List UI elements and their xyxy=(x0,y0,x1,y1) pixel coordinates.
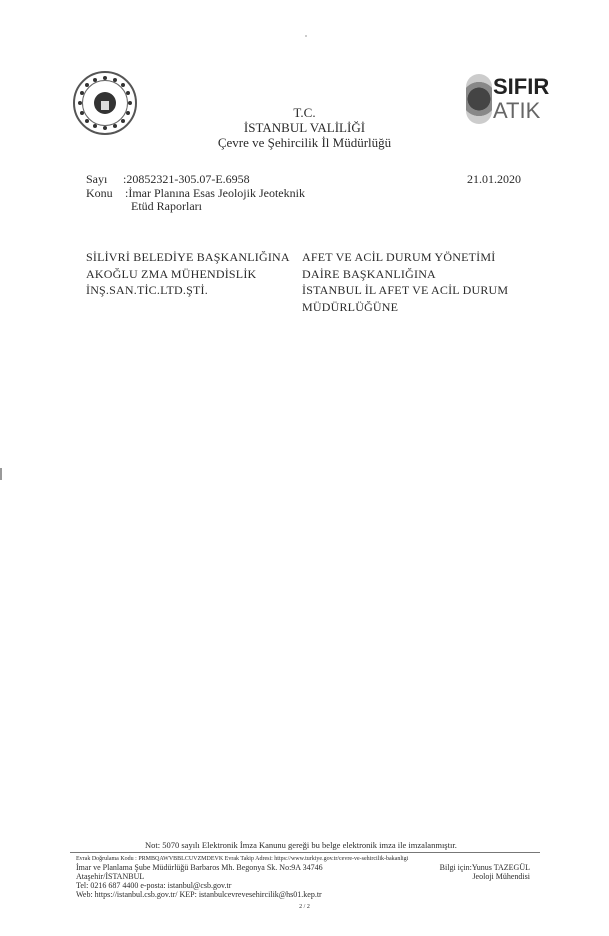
konu-value-line1: :İmar Planına Esas Jeolojik Jeoteknik xyxy=(125,186,305,200)
sayi-label: Sayı xyxy=(86,172,107,186)
recipient-right-line: DAİRE BAŞKANLIĞINA xyxy=(302,266,508,283)
scan-artifact xyxy=(305,35,307,37)
recipient-right-line: AFET VE ACİL DURUM YÖNETİMİ xyxy=(302,249,508,266)
recipient-right-line: MÜDÜRLÜĞÜNE xyxy=(302,299,508,316)
konu-value-line2: Etüd Raporları xyxy=(131,199,202,213)
seal-star-icon xyxy=(126,91,130,95)
contact-title: Jeoloji Mühendisi xyxy=(0,872,530,882)
page-number: 2 / 2 xyxy=(0,903,609,913)
e-signature-note: Not: 5070 sayılı Elektronik İmza Kanunu … xyxy=(145,840,457,850)
recipient-right-line: İSTANBUL İL AFET VE ACİL DURUM xyxy=(302,282,508,299)
header-governorship: İSTANBUL VALİLİĞİ xyxy=(0,120,609,135)
seal-star-icon xyxy=(113,78,117,82)
web-kep: Web: https://istanbul.csb.gov.tr/ KEP: i… xyxy=(76,890,322,900)
footer-divider xyxy=(70,852,540,853)
konu-label: Konu xyxy=(86,186,113,200)
zero-waste-text-line1: SIFIR xyxy=(493,74,549,100)
seal-star-icon xyxy=(103,76,107,80)
recipient-left-line: SİLİVRİ BELEDİYE BAŞKANLIĞINA xyxy=(86,249,290,266)
recipient-left: SİLİVRİ BELEDİYE BAŞKANLIĞINA AKOĞLU ZMA… xyxy=(86,249,290,299)
recipient-right: AFET VE ACİL DURUM YÖNETİMİ DAİRE BAŞKAN… xyxy=(302,249,508,315)
recipient-left-line: AKOĞLU ZMA MÜHENDİSLİK xyxy=(86,266,290,283)
recipient-left-line: İNŞ.SAN.TİC.LTD.ŞTİ. xyxy=(86,282,290,299)
seal-star-icon xyxy=(121,83,125,87)
sayi-value: :20852321-305.07-E.6958 xyxy=(123,172,250,186)
scan-edge-mark xyxy=(0,468,2,480)
header-directorate: Çevre ve Şehircilik İl Müdürlüğü xyxy=(0,135,609,150)
header-tc: T.C. xyxy=(0,105,609,120)
document-date: 21.01.2020 xyxy=(467,172,521,186)
